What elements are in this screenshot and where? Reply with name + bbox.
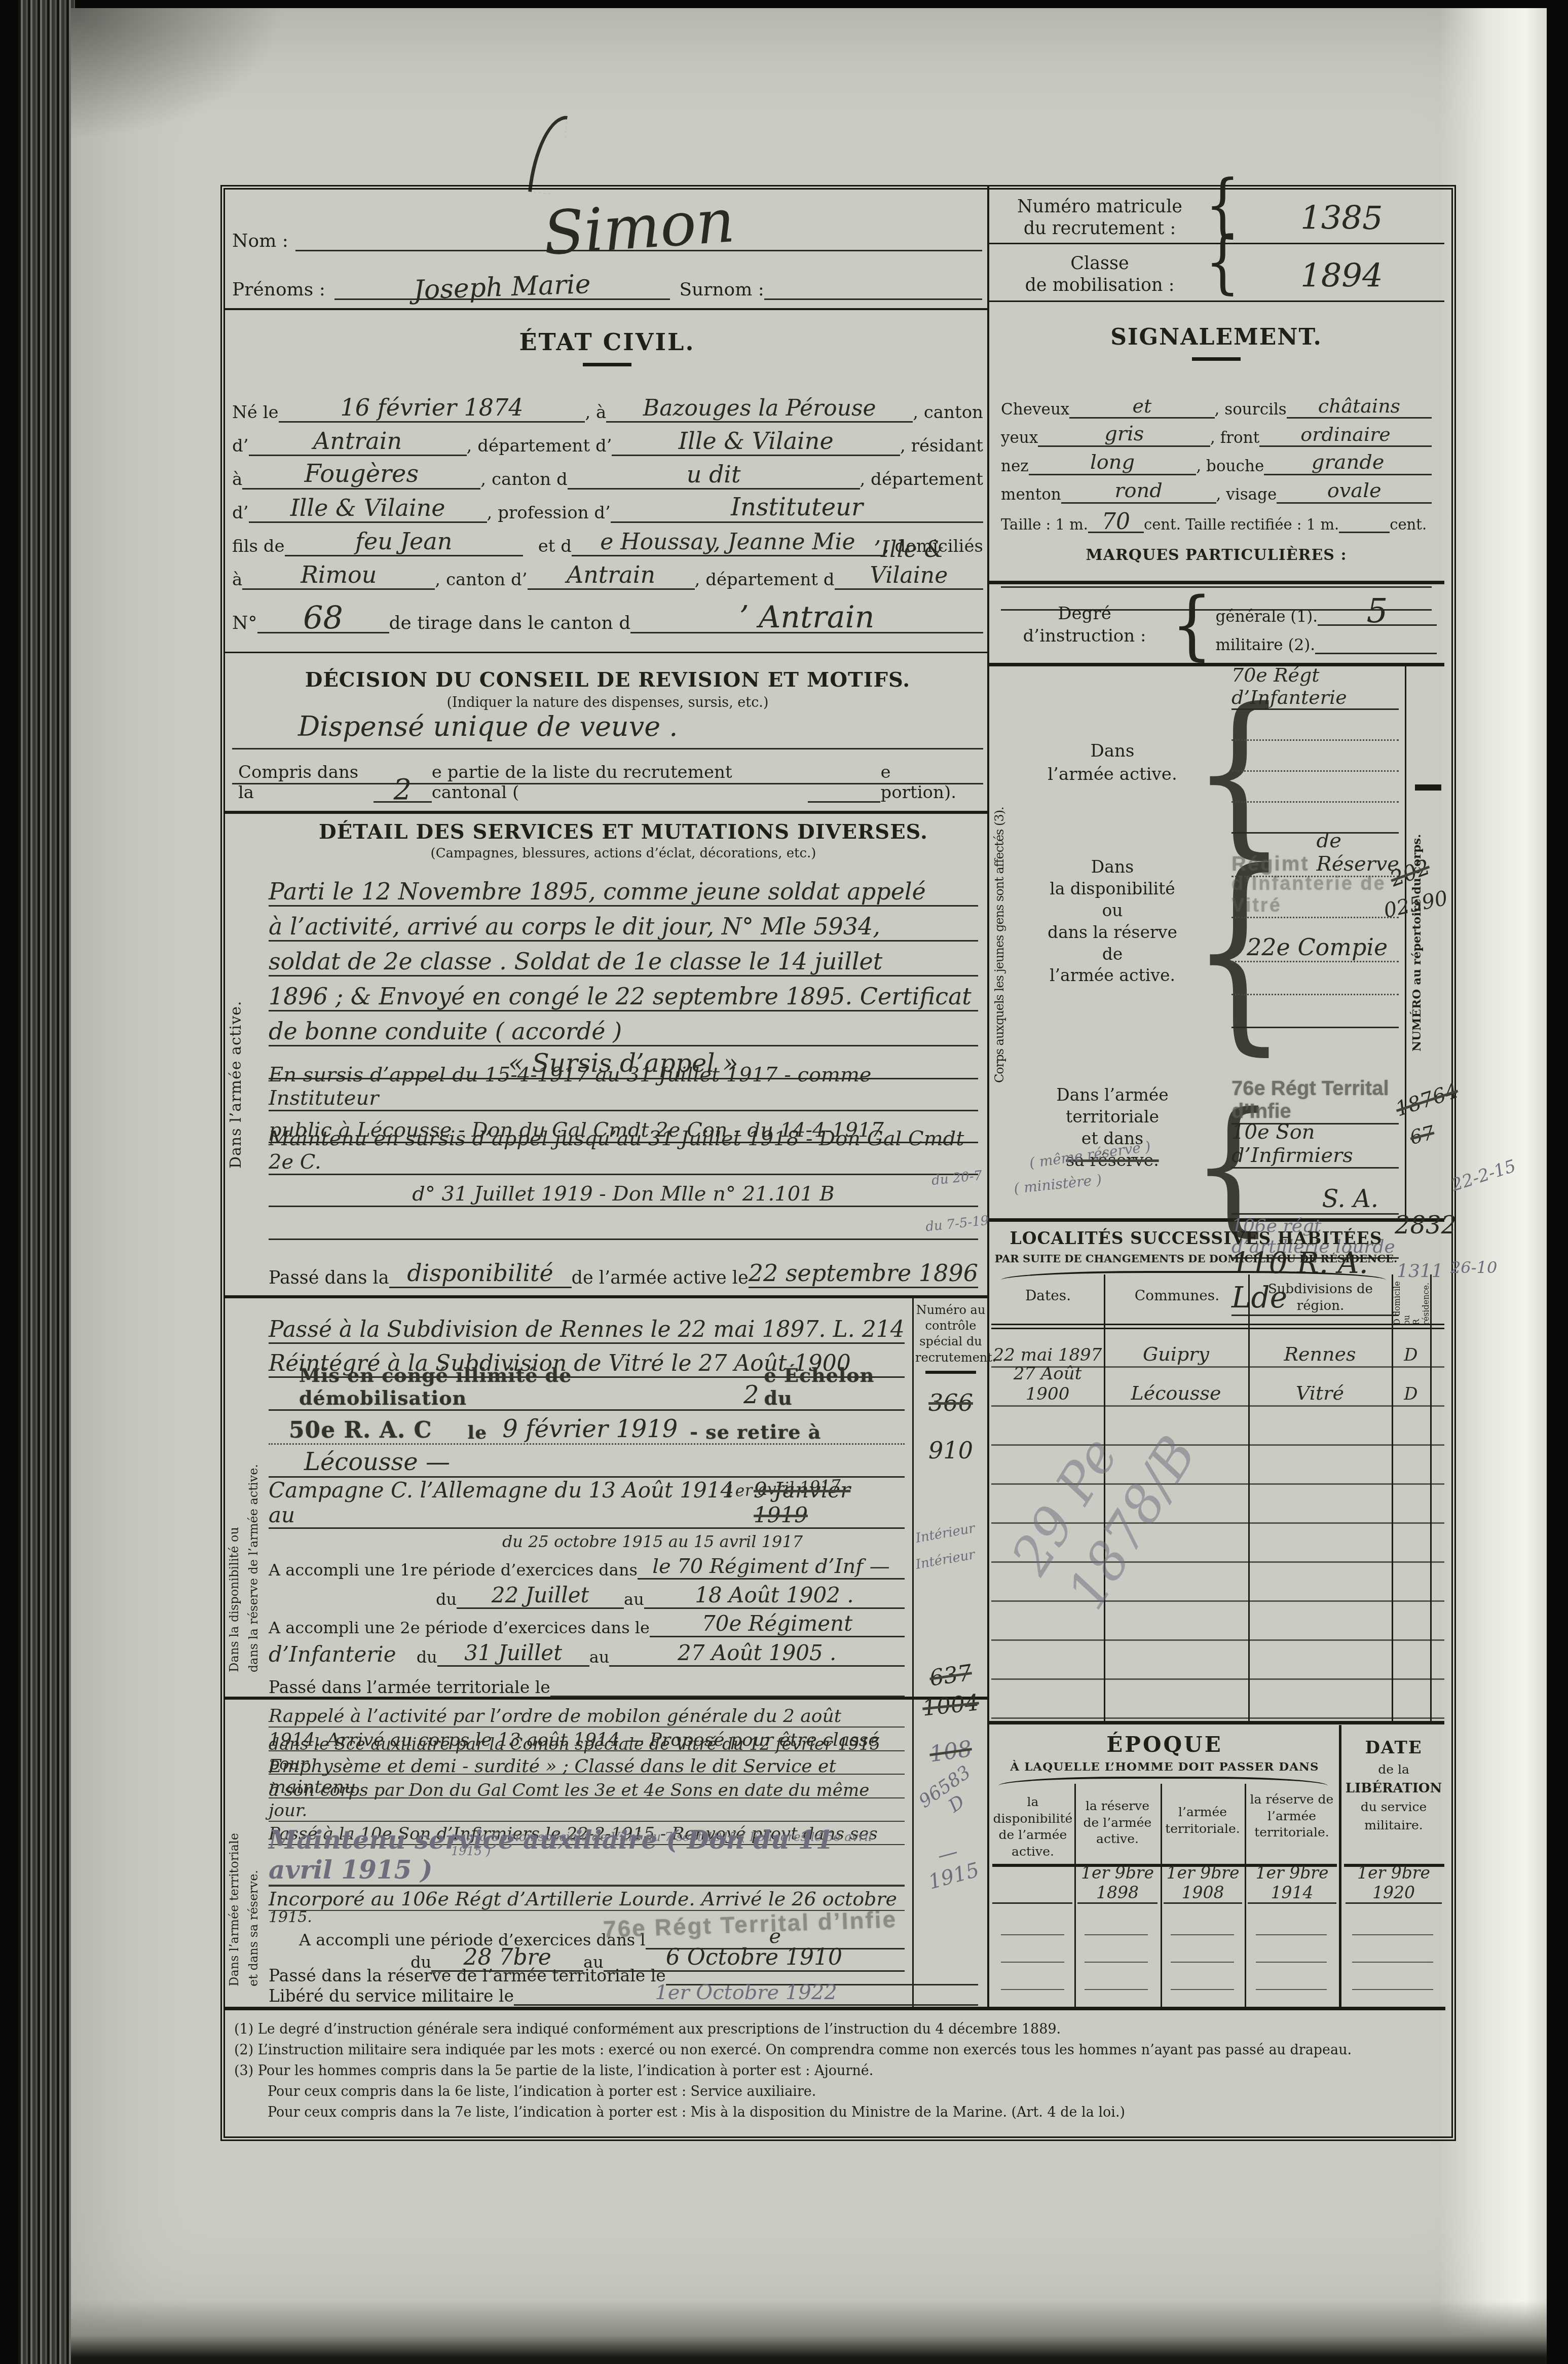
- reserve-lines: Passé à la Subdivision de Rennes le 22 m…: [269, 1310, 905, 1478]
- degre-label: Degré d’instruction :: [1001, 603, 1168, 647]
- decision-title: DÉCISION DU CONSEIL DE REVISION ET MOTIF…: [232, 668, 983, 692]
- sig-line: nez long , bouche grande: [1001, 447, 1432, 475]
- localites-col-dr: D domicile ou R résidence.: [1393, 1274, 1430, 1325]
- decision-value: Dispensé unique de veuve .: [298, 710, 678, 742]
- interieur-note: Intérieur: [914, 1545, 987, 1572]
- repertoire-mark: [1415, 784, 1441, 791]
- margin-number-struck: 108: [914, 1734, 988, 1769]
- firstname-row: Prénoms : Joseph Marie Surnom :: [232, 264, 982, 300]
- margin-number: 96583 D: [910, 1758, 992, 1832]
- margin-number-struck: 1004: [914, 1689, 988, 1722]
- name-value: Simon: [541, 185, 736, 269]
- decision-line: Dispensé unique de veuve .: [232, 710, 983, 749]
- reserve-side-label: Dans la disponibilité ou dans la réserve…: [227, 1328, 260, 1672]
- divider: [925, 1371, 976, 1374]
- epoque-col2-header: la réserve de l’armée active.: [1076, 1798, 1159, 1848]
- brace-glyph: {: [1205, 222, 1240, 302]
- campagne-lines: Campagne C. l’Allemagne du 13 Août 1914 …: [269, 1495, 905, 1697]
- corps-side-label: Corps auxquels les jeunes gens sont affe…: [992, 674, 1022, 1216]
- marques-label: MARQUES PARTICULIÈRES :: [1001, 546, 1432, 564]
- divider: [987, 185, 989, 2008]
- corps-active-label: Dans l’armée active.: [1031, 740, 1193, 786]
- empty-rows: [1085, 1908, 1148, 2004]
- etat-civil-title: ÉTAT CIVIL.: [232, 328, 982, 366]
- empty-rows: [1256, 1908, 1327, 2004]
- footnote-1: (1) Le degré d’instruction générale sera…: [234, 2019, 1443, 2040]
- divider: [1245, 1784, 1246, 2007]
- name-label: Nom :: [232, 231, 288, 251]
- territorial-side-label: Dans l’armée territoriale et dans sa rés…: [227, 1723, 260, 1986]
- degre-values: générale (1). 5 militaire (2).: [1215, 595, 1437, 654]
- divider: [225, 308, 988, 310]
- epoque-value-2: 1er 9bre 1898: [1077, 1871, 1158, 1904]
- sig-line: menton rond , visage ovale: [1001, 475, 1432, 504]
- epoque-subtitle: À LAQUELLE L’HOMME DOIT PASSER DANS: [991, 1760, 1338, 1774]
- localites-col-communes: Communes.: [1105, 1287, 1249, 1304]
- footnote-4: Pour ceux compris dans la 6e liste, l’in…: [234, 2081, 1443, 2102]
- etat-line: à Rimou , canton d’ Antrain , départemen…: [232, 556, 983, 590]
- localites-row: 27 Août 1900 Lécousse Vitré D: [991, 1368, 1444, 1404]
- divider: [988, 1721, 1444, 1724]
- footnote-2: (2) L’instruction militaire sera indiqué…: [234, 2040, 1443, 2060]
- epoque-title-block: ÉPOQUE À LAQUELLE L’HOMME DOIT PASSER DA…: [991, 1732, 1338, 1774]
- title-rule: [583, 363, 631, 366]
- divider: [912, 1297, 914, 2007]
- sig-line: Cheveux et , sourcils châtains: [1001, 390, 1432, 419]
- epoque-date-header: DATE de la LIBÉRATION du service militai…: [1344, 1736, 1443, 1835]
- decision-subtitle: (Indiquer la nature des dispenses, sursi…: [232, 695, 983, 710]
- classe-value: 1894: [1244, 257, 1439, 295]
- divider: [225, 1295, 988, 1298]
- margin-number: — 1915: [910, 1833, 991, 1896]
- matricule-label: Numéro matricule du recrutement :: [998, 196, 1201, 241]
- controle-header: Numéro au contrôle spécial du recrutemen…: [915, 1302, 986, 1366]
- services-lines: Parti le 12 Novembre 1895, comme jeune s…: [269, 872, 978, 1240]
- epoque-value-1: [992, 1871, 1072, 1904]
- footnote-3: (3) Pour les hommes compris dans la 5e p…: [234, 2060, 1443, 2081]
- blank-line: [1001, 564, 1432, 588]
- matricule-value: 1385: [1244, 200, 1439, 237]
- firstname-underline: Joseph Marie: [334, 272, 670, 300]
- footnotes: (1) Le degré d’instruction générale sera…: [234, 2019, 1443, 2123]
- signalement-body: Cheveux et , sourcils châtains yeux gris…: [1001, 390, 1432, 611]
- services-title-block: DÉTAIL DES SERVICES ET MUTATIONS DIVERSE…: [269, 820, 978, 861]
- interieur-note: Intérieur: [914, 1519, 987, 1546]
- surname-underline: [764, 298, 982, 300]
- dispo-row: Passé dans la disponibilité de l’armée a…: [269, 1253, 978, 1288]
- tirage-row: N° 68 de tirage dans le canton d ’ Antra…: [232, 597, 983, 633]
- compris-row: Compris dans la 2 e partie de la liste d…: [238, 768, 968, 803]
- paper-bottom-shadow: [71, 2301, 1547, 2364]
- empty-rows: [1171, 1908, 1234, 2004]
- book-page-edges: [18, 0, 75, 2364]
- epoque-title: ÉPOQUE: [991, 1732, 1338, 1757]
- empty-rows: [1352, 1908, 1433, 2004]
- services-title: DÉTAIL DES SERVICES ET MUTATIONS DIVERSE…: [269, 820, 978, 844]
- libere-row: Libéré du service militaire le 1er Octob…: [269, 1984, 978, 2006]
- footnote-5: Pour ceux compris dans la 7e liste, l’in…: [234, 2102, 1443, 2123]
- divider: [225, 652, 988, 653]
- etat-line: à Fougères , canton d u dit , départemen…: [232, 456, 983, 490]
- controle-value: 910: [915, 1437, 986, 1464]
- epoque-col1-header: la disponibilité de l’armée active.: [992, 1794, 1073, 1860]
- sig-taille-line: Taille : 1 m. 70 cent. Taille rectifiée …: [1001, 504, 1432, 533]
- localites-col-subdiv: Subdivisions de région.: [1249, 1281, 1392, 1314]
- divider: [1074, 1784, 1076, 2007]
- classe-label: Classe de mobilisation :: [998, 253, 1201, 297]
- sig-line: yeux gris , front ordinaire: [1001, 419, 1432, 447]
- services-side-label: Dans l’armée active.: [227, 892, 258, 1277]
- classe-row: Classe de mobilisation : { 1894: [998, 246, 1439, 297]
- epoque-value-3: 1er 9bre 1908: [1164, 1871, 1242, 1904]
- title-rule: [1192, 357, 1241, 361]
- divider: [225, 811, 988, 814]
- localites-col-dates: Dates.: [991, 1287, 1105, 1304]
- etat-line: d’ Ille & Vilaine , profession d’ Instit…: [232, 490, 983, 523]
- degre-box: Degré d’instruction : { générale (1). 5 …: [1001, 592, 1437, 658]
- epoque-value-5: 1er 9bre 1920: [1346, 1871, 1442, 1904]
- corps-active-entries: 70e Régt d’Infanterie: [1231, 679, 1399, 834]
- epoque-value-4: 1er 9bre 1914: [1248, 1871, 1336, 1904]
- corner-shadow: [71, 8, 284, 140]
- terr-date-note: 26-10: [1450, 1258, 1497, 1277]
- divider: [225, 2007, 1445, 2010]
- epoque-col4-header: la réserve de l’armée territoriale.: [1247, 1791, 1337, 1841]
- corps-dispo-entries: Régimt de Réserve d’Infanterie de Vitré …: [1231, 836, 1399, 1028]
- name-underline: Simon: [295, 192, 982, 251]
- terr-number: 2832: [1395, 1211, 1457, 1240]
- divider: [1161, 1784, 1162, 2007]
- etat-line: Né le 16 février 1874 , à Bazouges la Pé…: [232, 389, 983, 423]
- localites-title-block: LOCALITÉS SUCCESSIVES HABITÉES PAR SUITE…: [993, 1228, 1399, 1265]
- localites-subtitle: PAR SUITE DE CHANGEMENTS DE DOMICILE OU …: [993, 1252, 1399, 1265]
- localites-row: 22 mai 1897 Guipry Rennes D: [991, 1329, 1444, 1365]
- controle-column: Numéro au contrôle spécial du recrutemen…: [915, 1302, 986, 2006]
- blank-line: [269, 1207, 978, 1240]
- controle-value-struck: 366: [915, 1389, 986, 1416]
- divider: [1339, 1725, 1341, 2007]
- margin-number-struck: 637: [914, 1658, 988, 1693]
- corps-dispo-label: Dans la disponibilité ou dans la réserve…: [1031, 856, 1193, 987]
- brace-glyph: {: [1171, 581, 1212, 668]
- empty-rows: [1001, 1908, 1064, 2004]
- services-subtitle: (Campagnes, blessures, actions d’éclat, …: [269, 846, 978, 861]
- divider: [1405, 665, 1406, 1219]
- signalement-title: SIGNALEMENT.: [998, 324, 1434, 361]
- localites-title: LOCALITÉS SUCCESSIVES HABITÉES: [993, 1228, 1399, 1248]
- etat-civil-lines: Né le 16 février 1874 , à Bazouges la Pé…: [232, 389, 983, 590]
- epoque-col3-header: l’armée territoriale.: [1163, 1804, 1243, 1837]
- surname-label: Surnom :: [679, 279, 764, 300]
- name-row: Nom : Simon: [232, 203, 982, 251]
- firstname-label: Prénoms :: [232, 279, 325, 300]
- etat-line: d’ Antrain , département d’ Ille & Vilai…: [232, 423, 983, 456]
- firstname-value: Joseph Marie: [413, 269, 591, 306]
